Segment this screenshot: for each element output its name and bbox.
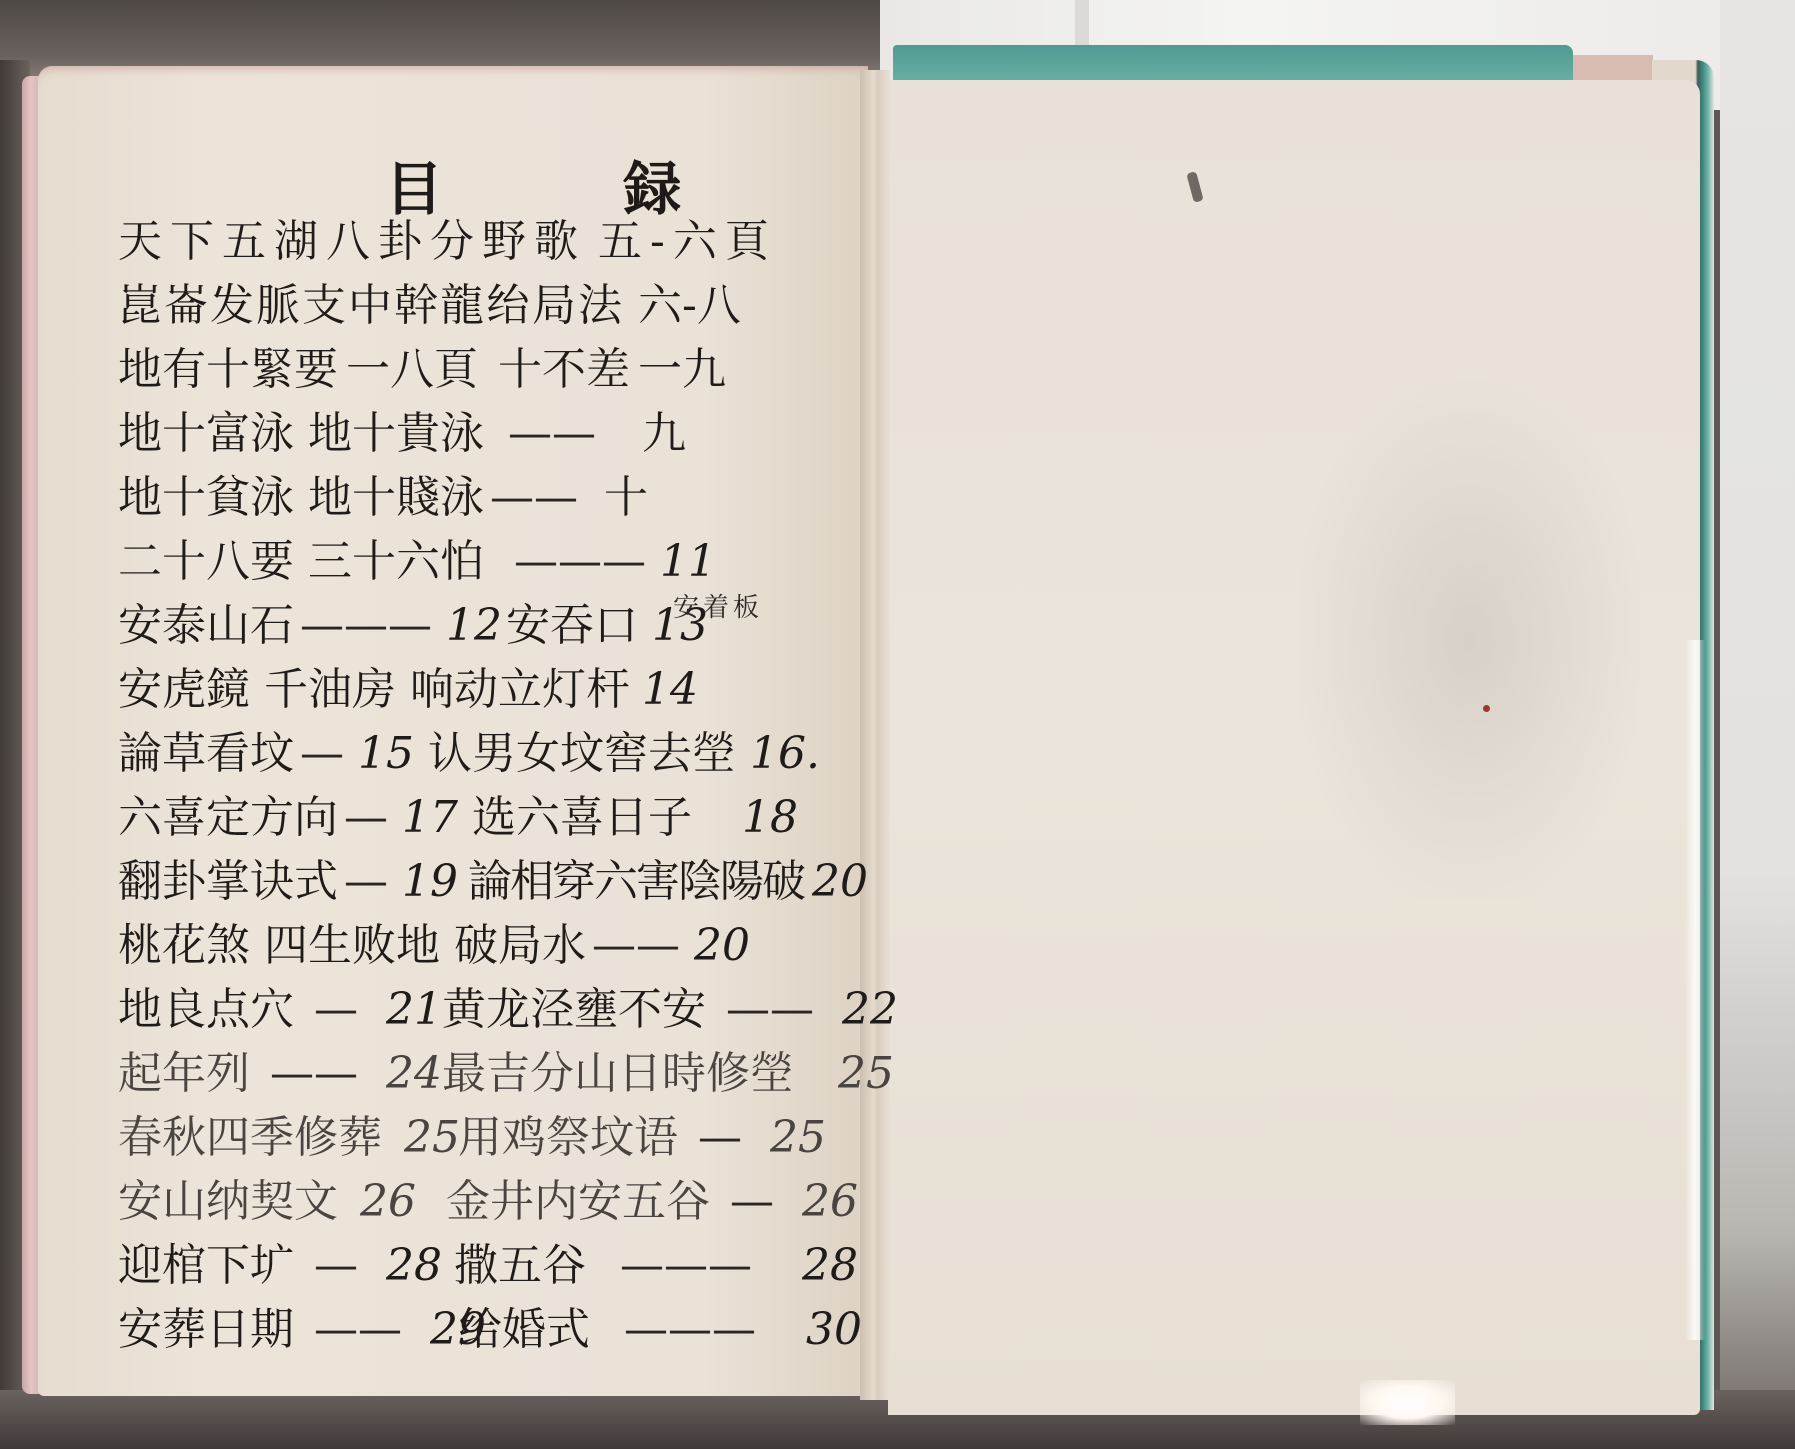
entry-title: 翻卦掌诀式 [118,850,338,914]
toc-entry: 崑崙发脈支中幹龍绐局法 六-八 [118,274,858,338]
toc-entry: 起年列 —— 24 最吉分山日時修塋 25 [118,1042,858,1106]
entry-title-2: 最吉分山日時修塋 [442,1048,794,1099]
toc-entry: 桃花煞 四生败地 破局水 —— 20 [118,914,858,978]
entry-page: 28 [386,1234,442,1298]
toc-entry: 地良点穴 — 21 黄龙泾壅不安 —— 22 [118,978,858,1042]
entry-page-2: 25 [838,1042,894,1106]
entry-page: 12 [446,594,502,658]
leader-dash: — [730,1170,774,1234]
entry-title-2: 用鸡祭坟语 [458,1112,678,1163]
entry-title: 桃花煞 四生败地 破局水 [118,914,586,978]
toc-entry: 翻卦掌诀式 — 19 論相穿六害陰陽破 20 [118,850,858,914]
leader-dash: — [698,1106,742,1170]
entry-page-2: 30 [806,1298,862,1362]
entry-page-2: 25 [770,1106,826,1170]
entry-title: 地有十緊要 [118,338,338,402]
light-glare [1360,1380,1455,1425]
entry-title: 安泰山石 [118,594,294,658]
entry-page: 一八頁 [346,338,478,402]
entry-title: 地十貧泳 [118,466,294,530]
entry-title-2: 論相穿六害陰陽破 [468,850,804,914]
leader-dash: ——— [514,530,646,594]
stain-mark [1483,705,1490,712]
ink-bleed-through [1300,380,1640,900]
entry-title-2: 给婚式 [458,1304,590,1355]
toc-list: 天下五湖八卦分野歌 五-六頁 崑崙发脈支中幹龍绐局法 六-八 地有十緊要 一八頁… [118,210,858,1362]
entry-page: 14 [642,658,698,722]
toc-entry: 安着板 安泰山石 ——— 12 安吞口 13 [118,594,858,658]
entry-page-2: 28 [802,1234,858,1298]
toc-entry: 地有十緊要 一八頁 十不差 一九 [118,338,858,402]
entry-title: 六喜定方向 [118,786,338,850]
toc-entry: 天下五湖八卦分野歌 五-六頁 [118,210,858,274]
entry-page: 21 [386,978,442,1042]
leader-dash: —— [726,978,814,1042]
toc-entry: 地十富泳 地十貴泳 —— 九 [118,402,858,466]
entry-page: 六-八 [638,274,741,338]
entry-title-2: 撒五谷 [454,1240,586,1291]
entry-title: 安葬日期 [118,1304,294,1355]
entry-title: 地十富泳 [118,402,294,466]
entry-page-2: 十 [604,466,648,530]
entry-page: 25 [404,1106,460,1170]
entry-page-2: 26 [802,1170,858,1234]
entry-page: 24 [386,1042,442,1106]
entry-title: 春秋四季修葬 [118,1112,382,1163]
leader-dash: — [344,786,388,850]
entry-title-2: 选六喜日子 [472,786,692,850]
leader-dash: — [314,978,358,1042]
leader-dash: —— [490,466,578,530]
entry-title-2: 安吞口 [506,594,638,658]
entry-title: 起年列 [118,1048,250,1099]
entry-title: 二十八要 [118,530,294,594]
entry-title-2: 三十六怕 [308,530,484,594]
leader-dash: — [300,722,344,786]
entry-page: 26 [360,1170,416,1234]
insertion-annotation: 安着板 [673,576,763,640]
entry-title-2: 金井内安五谷 [446,1176,710,1227]
toc-entry: 安山纳契文 26 金井内安五谷 — 26 [118,1170,858,1234]
leader-dash: —— [314,1298,402,1362]
entry-page-2: 16. [750,722,820,786]
entry-title: 安山纳契文 [118,1176,338,1227]
toc-entry: 六喜定方向 — 17 选六喜日子 18 [118,786,858,850]
entry-page: 17 [402,786,458,850]
entry-title-2: 黄龙泾壅不安 [442,984,706,1035]
leader-dash: —— [270,1042,358,1106]
leader-dash: — [314,1234,358,1298]
entry-title: 迎棺下圹 [118,1240,294,1291]
light-glare-edge [1685,640,1705,1340]
entry-title: 安虎鏡 千油房 响动立灯杆 [118,658,630,722]
leader-dash: —— [508,402,596,466]
entry-page: 19 [402,850,458,914]
entry-page-2: 22 [842,978,898,1042]
toc-entry: 安葬日期 —— 29 给婚式 ——— 30 [118,1298,858,1362]
entry-page-2: 18 [742,786,798,850]
entry-page: 20 [694,914,750,978]
leader-dash: ——— [624,1298,756,1362]
entry-page: 五-六頁 [598,210,777,274]
entry-title-2: 地十賤泳 [308,466,484,530]
leader-dash: ——— [300,594,432,658]
entry-page-2: 九 [642,402,686,466]
entry-title: 地良点穴 [118,984,294,1035]
entry-title-2: 地十貴泳 [308,402,484,466]
leader-dash: ——— [620,1234,752,1298]
entry-title-2: 认男女坟窖去塋 [428,722,736,786]
entry-page: 15 [358,722,414,786]
leader-dash: — [344,850,388,914]
toc-entry: 論草看坟 — 15 认男女坟窖去塋 16. [118,722,858,786]
entry-title-2: 十不差 [498,338,630,402]
book-spine [860,70,890,1400]
background-right [1720,0,1795,1449]
toc-entry: 迎棺下圹 — 28 撒五谷 ——— 28 [118,1234,858,1298]
toc-entry: 地十貧泳 地十賤泳 —— 十 [118,466,858,530]
leader-dash: —— [592,914,680,978]
entry-title: 天下五湖八卦分野歌 [118,210,586,274]
toc-entry: 安虎鏡 千油房 响动立灯杆 14 [118,658,858,722]
entry-page-2: 20 [812,850,868,914]
entry-title: 論草看坟 [118,722,294,786]
toc-entry: 春秋四季修葬 25 用鸡祭坟语 — 25 [118,1106,858,1170]
entry-page-2: 一九 [638,338,726,402]
entry-title: 崑崙发脈支中幹龍绐局法 [118,274,624,338]
